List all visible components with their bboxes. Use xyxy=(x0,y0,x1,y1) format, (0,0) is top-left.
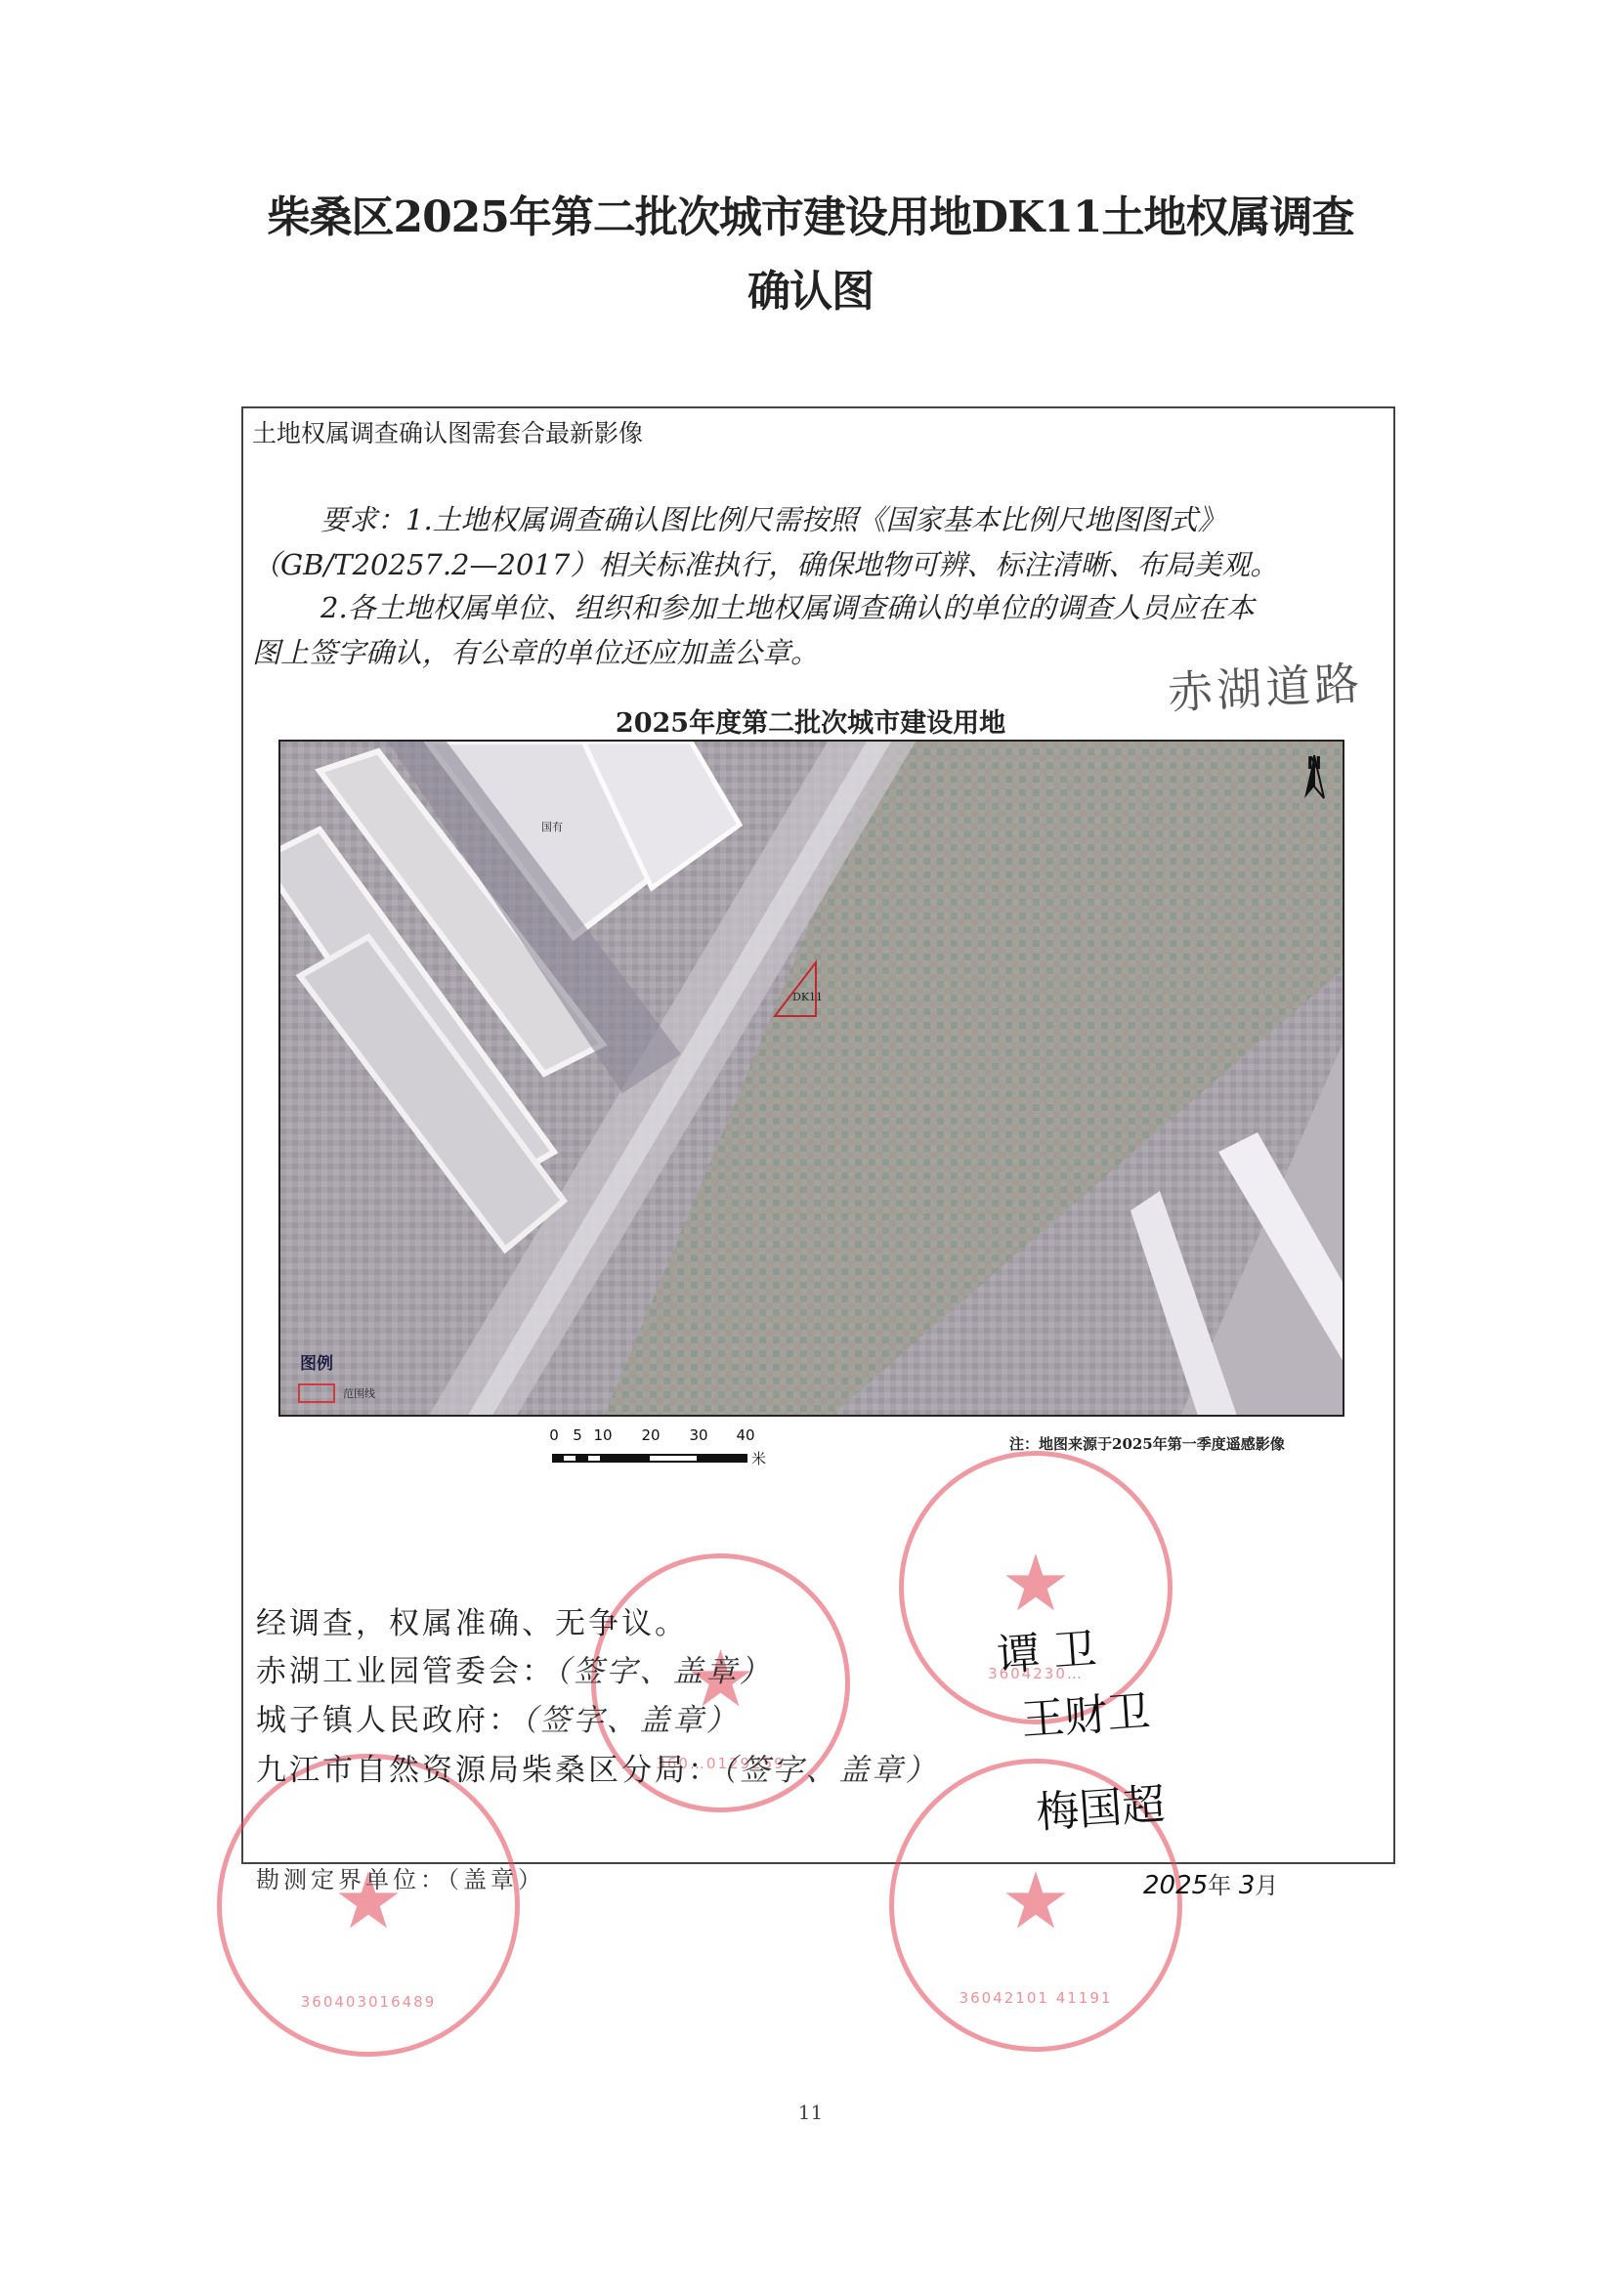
scale-tick: 40 xyxy=(736,1426,754,1444)
scale-unit: 米 xyxy=(751,1448,766,1468)
handwritten-signature: 王财卫 xyxy=(1019,1676,1152,1747)
scale-tick: 10 xyxy=(593,1426,612,1444)
party-name: 赤湖工业园管委会： xyxy=(256,1654,555,1689)
label-parcel-dk11: DK11 xyxy=(792,991,823,1003)
sign-hint: （签字、盖章） xyxy=(522,1703,740,1738)
sign-hint: （签字、盖章） xyxy=(555,1654,773,1689)
survey-unit-line: 勘测定界单位：（盖章） xyxy=(256,1860,545,1894)
legend-title: 图例 xyxy=(300,1349,333,1374)
page-title-line2: 确认图 xyxy=(0,256,1621,319)
requirement-line: 图上签字确认，有公章的单位还应加盖公章。 xyxy=(252,631,819,671)
north-arrow-icon xyxy=(1300,753,1329,802)
requirement-line: （GB/T20257.2—2017）相关标准执行，确保地物可辨、标注清晰、布局美… xyxy=(252,543,1278,583)
sign-hint: （签字、盖章） xyxy=(721,1753,939,1788)
requirement-line: 要求：1.土地权属调查确认图比例尺需按照《国家基本比例尺地图图式》 xyxy=(320,498,1226,538)
scale-ticks: 0 5 10 20 30 40 xyxy=(552,1426,757,1448)
scale-bar-graphic xyxy=(552,1454,747,1463)
date-month: 3 xyxy=(1239,1871,1256,1900)
requirement-line: 2.各土地权属单位、组织和参加土地权属调查确认的单位的调查人员应在本 xyxy=(320,586,1255,626)
satellite-imagery xyxy=(280,742,1344,1417)
north-arrow: N xyxy=(1300,753,1329,774)
scale-bar: 0 5 10 20 30 40 米 xyxy=(552,1426,757,1485)
page-title: 柴桑区2025年第二批次城市建设用地DK11土地权属调查 xyxy=(0,182,1621,244)
scale-tick: 5 xyxy=(573,1426,582,1444)
label-state-owned: 国有 xyxy=(541,819,563,834)
map-source-note: 注：地图来源于2025年第一季度遥感影像 xyxy=(1009,1433,1285,1454)
confirmation-party: 赤湖工业园管委会：（签字、盖章） xyxy=(256,1646,773,1690)
handwritten-signature: 谭 卫 xyxy=(995,1614,1098,1683)
seal-star-icon: ★ xyxy=(1001,1862,1071,1940)
scale-tick: 20 xyxy=(641,1426,660,1444)
party-name: 城子镇人民政府： xyxy=(256,1703,522,1738)
date-year: 2025 xyxy=(1143,1871,1208,1900)
scale-tick: 30 xyxy=(689,1426,707,1444)
legend-boundary-swatch xyxy=(298,1383,335,1403)
handwritten-signature: 梅国超 xyxy=(1034,1768,1167,1840)
scale-tick: 0 xyxy=(549,1426,559,1444)
party-name: 九江市自然资源局柴桑区分局： xyxy=(256,1753,721,1788)
signing-date: 2025年 3月 xyxy=(1143,1866,1278,1900)
confirmation-party: 九江市自然资源局柴桑区分局：（签字、盖章） xyxy=(256,1745,939,1789)
legend-boundary-label: 范围线 xyxy=(343,1385,375,1401)
satellite-map: 国有 DK11 N 图例 范围线 xyxy=(278,740,1344,1417)
confirmation-party: 城子镇人民政府：（签字、盖章） xyxy=(256,1695,740,1739)
header-note: 土地权属调查确认图需套合最新影像 xyxy=(252,414,643,449)
confirmation-statement: 经调查，权属准确、无争议。 xyxy=(256,1598,688,1642)
page-number: 11 xyxy=(0,2101,1621,2124)
map-title: 2025年度第二批次城市建设用地 xyxy=(0,702,1621,740)
